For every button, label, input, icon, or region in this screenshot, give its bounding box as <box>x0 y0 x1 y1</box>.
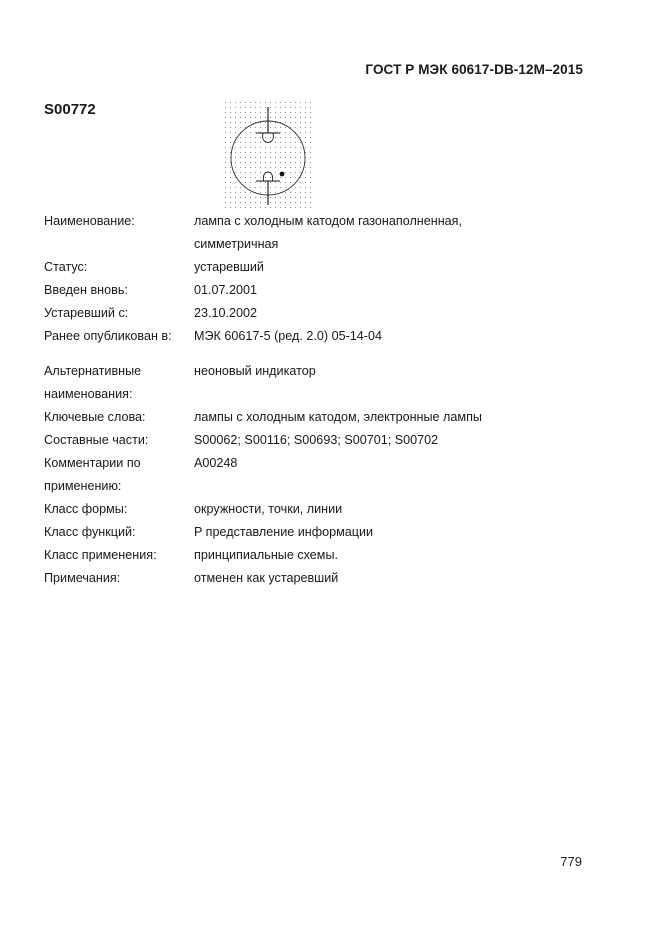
property-label: Класс формы: <box>44 498 194 521</box>
property-value: A00248 <box>194 452 604 475</box>
property-value: неоновый индикатор <box>194 360 604 383</box>
property-value: 01.07.2001 <box>194 279 604 302</box>
property-value: окружности, точки, линии <box>194 498 604 521</box>
property-row-obsolete-since: Устаревший с: 23.10.2002 <box>44 302 604 325</box>
property-row-previously-published: Ранее опубликован в: МЭК 60617-5 (ред. 2… <box>44 325 604 348</box>
property-row-alternative-names: Альтернативные наименования: неоновый ин… <box>44 360 604 406</box>
property-value: S00062; S00116; S00693; S00701; S00702 <box>194 429 604 452</box>
property-label: применению: <box>44 475 194 498</box>
symbol-id: S00772 <box>44 101 96 118</box>
property-label: Наименование: <box>44 210 194 233</box>
symbol-figure <box>223 100 311 208</box>
property-label: Комментарии по <box>44 452 194 475</box>
property-row-application-class: Класс применения: принципиальные схемы. <box>44 544 604 567</box>
property-label: Класс применения: <box>44 544 194 567</box>
property-row-keywords: Ключевые слова: лампы с холодным катодом… <box>44 406 604 429</box>
property-label: Альтернативные <box>44 360 194 383</box>
property-value: P представление информации <box>194 521 604 544</box>
property-label: Устаревший с: <box>44 302 194 325</box>
property-value: лампа с холодным катодом газонаполненная… <box>194 210 604 233</box>
page-number: 779 <box>560 854 582 869</box>
property-value: отменен как устаревший <box>194 567 604 590</box>
property-value: симметричная <box>194 233 604 256</box>
property-value: 23.10.2002 <box>194 302 604 325</box>
symbol-properties: Наименование: лампа с холодным катодом г… <box>44 210 604 590</box>
property-label: Ключевые слова: <box>44 406 194 429</box>
cold-cathode-lamp-icon <box>223 100 311 208</box>
document-header-standard: ГОСТ Р МЭК 60617-DB-12M–2015 <box>365 62 583 77</box>
property-label: Примечания: <box>44 567 194 590</box>
section-gap <box>44 348 604 360</box>
property-value: лампы с холодным катодом, электронные ла… <box>194 406 604 429</box>
property-label: Ранее опубликован в: <box>44 325 194 348</box>
property-row-notes: Примечания: отменен как устаревший <box>44 567 604 590</box>
property-row-components: Составные части: S00062; S00116; S00693;… <box>44 429 604 452</box>
property-row-name: Наименование: лампа с холодным катодом г… <box>44 210 604 256</box>
property-value: принципиальные схемы. <box>194 544 604 567</box>
property-label: Составные части: <box>44 429 194 452</box>
property-label: Введен вновь: <box>44 279 194 302</box>
property-row-introduced: Введен вновь: 01.07.2001 <box>44 279 604 302</box>
property-row-application-notes: Комментарии по применению: A00248 <box>44 452 604 498</box>
property-value: устаревший <box>194 256 604 279</box>
property-row-function-class: Класс функций: P представление информаци… <box>44 521 604 544</box>
property-row-status: Статус: устаревший <box>44 256 604 279</box>
property-label: наименования: <box>44 383 194 406</box>
property-label: Статус: <box>44 256 194 279</box>
property-value: МЭК 60617-5 (ред. 2.0) 05-14-04 <box>194 325 604 348</box>
property-label: Класс функций: <box>44 521 194 544</box>
property-row-shape-class: Класс формы: окружности, точки, линии <box>44 498 604 521</box>
